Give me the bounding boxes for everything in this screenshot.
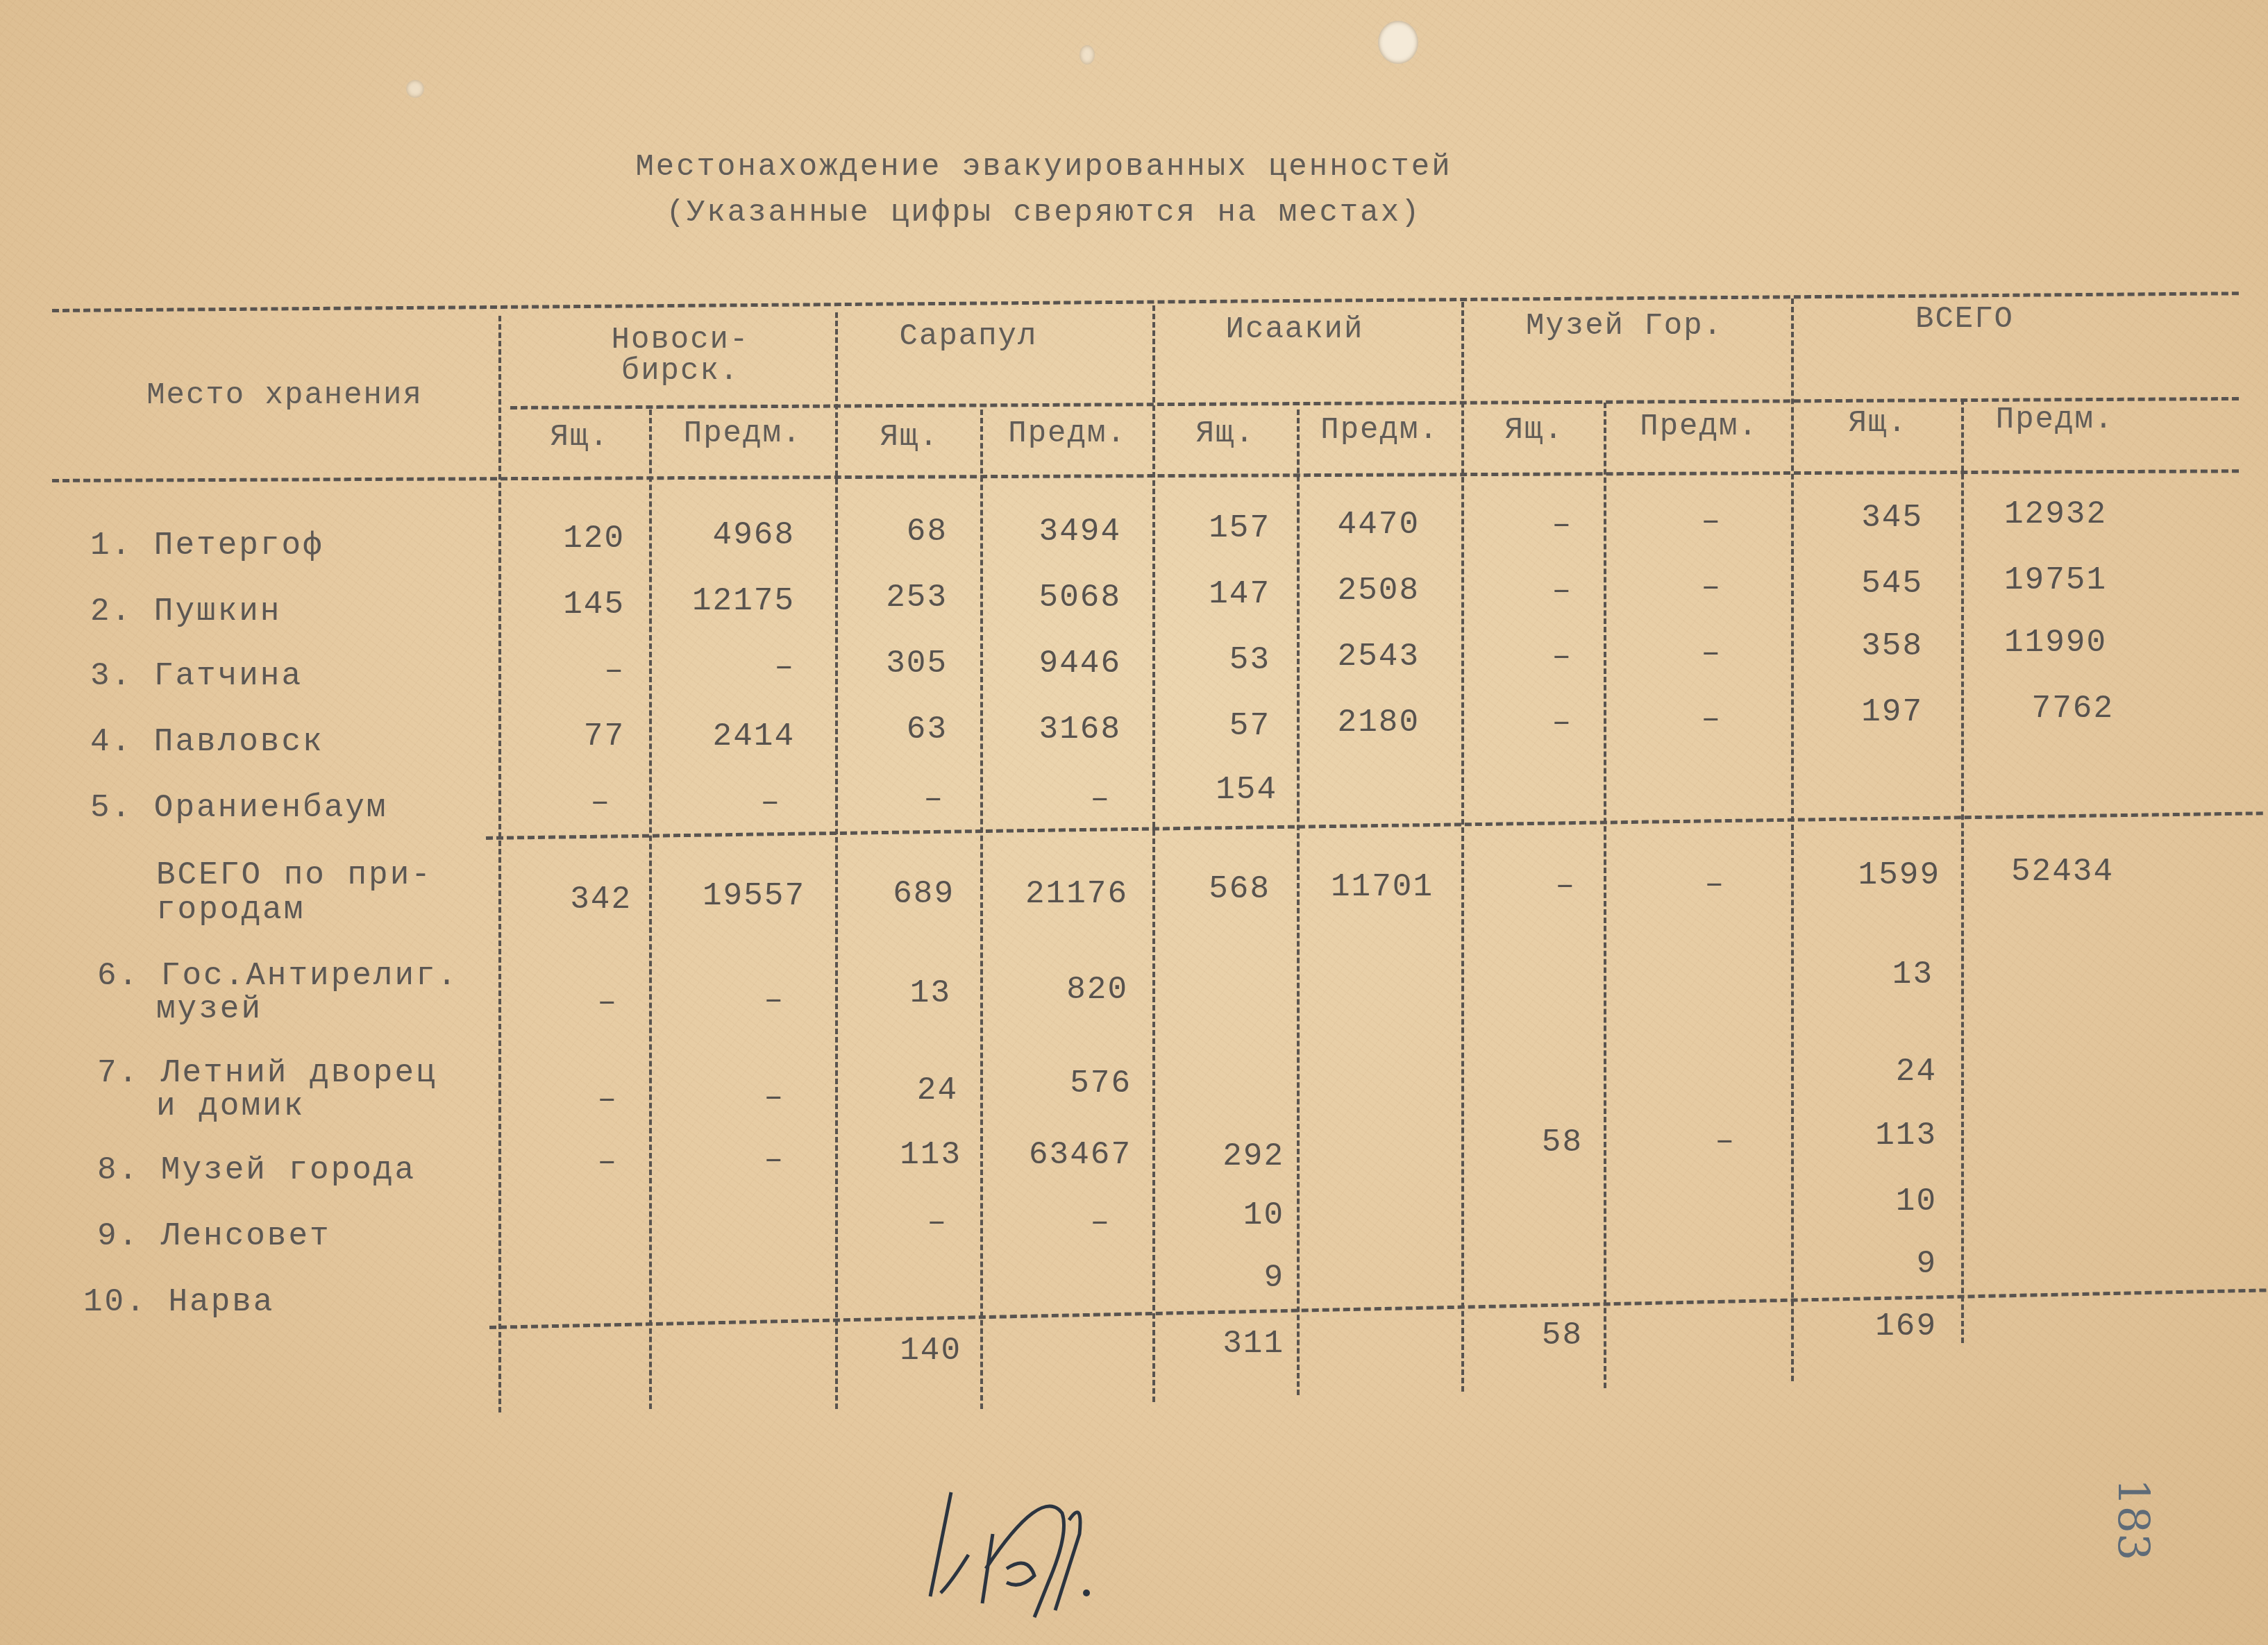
cell-value: – bbox=[507, 1081, 618, 1117]
row-label-pavlovsk: 4. Павловск bbox=[90, 724, 324, 760]
row-header-storage-place: Место хранения bbox=[104, 378, 465, 413]
cell-value: 576 bbox=[986, 1065, 1132, 1102]
row-label-antireligious-line1: 6. Гос.Антирелиг. bbox=[97, 958, 458, 994]
cell-value: 57 bbox=[1159, 708, 1270, 744]
subtotal-value: – bbox=[1468, 868, 1576, 904]
cell-value: 545 bbox=[1798, 566, 1923, 602]
cell-value: 2543 bbox=[1302, 639, 1420, 675]
subheader-items: Предм. bbox=[982, 416, 1152, 451]
document-title: Местонахождение эвакуированных ценностей bbox=[0, 150, 2178, 185]
cell-value: 24 bbox=[1798, 1054, 1937, 1090]
group-header-novosibirsk-line1: Новоси- bbox=[576, 323, 784, 357]
cell-value: 4470 bbox=[1302, 507, 1420, 543]
cell-value: 77 bbox=[507, 718, 625, 754]
cell-value: 13 bbox=[840, 975, 951, 1011]
row-label-narva: 10. Нарва bbox=[83, 1284, 274, 1320]
cell-value: 19751 bbox=[1968, 562, 2107, 598]
cell-value: 305 bbox=[840, 646, 948, 682]
cell-value: – bbox=[656, 982, 784, 1018]
footer-total: 58 bbox=[1468, 1317, 1583, 1353]
cell-value: – bbox=[656, 1079, 784, 1115]
cell-value: 345 bbox=[1798, 500, 1923, 536]
row-label-gatchina: 3. Гатчина bbox=[90, 658, 303, 694]
subheader-items: Предм. bbox=[653, 416, 833, 451]
cell-value: – bbox=[1468, 639, 1572, 675]
subheader-items: Предм. bbox=[1298, 413, 1461, 448]
cell-value: 292 bbox=[1159, 1138, 1284, 1174]
cell-value: 9 bbox=[1159, 1260, 1284, 1296]
cell-value: – bbox=[507, 652, 625, 689]
row-label-city-museum: 8. Музей города bbox=[97, 1152, 416, 1188]
cell-value: – bbox=[1611, 701, 1722, 737]
subtotal-value: 11701 bbox=[1302, 869, 1434, 905]
subheader-boxes: Ящ. bbox=[1465, 413, 1604, 448]
cell-value: – bbox=[986, 1204, 1111, 1240]
cell-value: 12175 bbox=[656, 583, 795, 619]
row-label-subtotal-line1: ВСЕГО по при- bbox=[156, 857, 432, 893]
cell-value: 113 bbox=[1798, 1117, 1937, 1154]
subheader-boxes: Ящ. bbox=[840, 420, 979, 455]
document-subtitle: (Указанные цифры сверяются на местах) bbox=[0, 196, 2178, 230]
cell-value: 10 bbox=[1798, 1183, 1937, 1220]
cell-value: 63467 bbox=[986, 1137, 1132, 1173]
cell-value: 9446 bbox=[986, 646, 1121, 682]
cell-value: – bbox=[507, 784, 611, 820]
row-label-antireligious-line2: музей bbox=[156, 991, 262, 1027]
footer-total: 311 bbox=[1159, 1326, 1284, 1362]
cell-value: – bbox=[656, 784, 781, 820]
col-divider bbox=[835, 312, 838, 1409]
group-header-novosibirsk-line2: бирск. bbox=[576, 354, 784, 389]
cell-value: 154 bbox=[1159, 772, 1277, 808]
row-label-oranienbaum: 5. Ораниенбаум bbox=[90, 790, 387, 826]
cell-value: 11990 bbox=[1968, 625, 2107, 661]
cell-value: 2508 bbox=[1302, 573, 1420, 609]
footer-total: 169 bbox=[1798, 1308, 1937, 1344]
cell-value: – bbox=[656, 649, 795, 685]
cell-value: 53 bbox=[1159, 642, 1270, 678]
footer-total: 140 bbox=[840, 1333, 961, 1369]
group-header-isaakiy: Исаакий bbox=[1180, 312, 1409, 347]
cell-value: 10 bbox=[1159, 1197, 1284, 1233]
punch-hole bbox=[1378, 21, 1418, 64]
cell-value: 63 bbox=[840, 711, 948, 748]
cell-value: 7762 bbox=[1968, 691, 2114, 727]
subheader-boxes: Ящ. bbox=[1795, 406, 1961, 441]
col-divider bbox=[1297, 410, 1300, 1395]
subtotal-value: 21176 bbox=[986, 876, 1128, 912]
col-divider bbox=[498, 316, 501, 1412]
row-label-pushkin: 2. Пушкин bbox=[90, 593, 281, 630]
subheader-items: Предм. bbox=[1607, 410, 1791, 444]
col-divider bbox=[1791, 298, 1794, 1381]
subheader-boxes: Ящ. bbox=[1156, 416, 1295, 451]
col-divider bbox=[649, 410, 652, 1409]
cell-value: 13 bbox=[1798, 956, 1933, 993]
group-header-total: ВСЕГО bbox=[1833, 302, 2097, 337]
cell-value: 12932 bbox=[1968, 496, 2107, 532]
cell-value: 24 bbox=[840, 1072, 958, 1108]
subtotal-value: 568 bbox=[1159, 871, 1270, 907]
row-label-summer-palace-line2: и домик bbox=[156, 1088, 305, 1124]
cell-value: 253 bbox=[840, 580, 948, 616]
row-label-peterhof: 1. Петергоф bbox=[90, 528, 324, 564]
cell-value: 4968 bbox=[656, 517, 795, 553]
row-label-lensovet: 9. Ленсовет bbox=[97, 1218, 331, 1254]
cell-value: – bbox=[1611, 635, 1722, 671]
cell-value: – bbox=[656, 1142, 784, 1178]
subtotal-value: 342 bbox=[507, 881, 632, 918]
cell-value: 113 bbox=[840, 1137, 961, 1173]
cell-value: – bbox=[507, 1144, 618, 1180]
subtotal-value: 689 bbox=[840, 876, 955, 912]
cell-value: – bbox=[1468, 705, 1572, 741]
cell-value: 2180 bbox=[1302, 705, 1420, 741]
cell-value: 820 bbox=[986, 972, 1128, 1008]
subtotal-value: 1599 bbox=[1798, 857, 1940, 893]
row-label-subtotal-line2: городам bbox=[156, 892, 305, 928]
col-divider bbox=[1961, 399, 1964, 1343]
cell-value: – bbox=[1611, 569, 1722, 605]
subtotal-value: – bbox=[1611, 866, 1725, 902]
cell-value: – bbox=[840, 781, 944, 817]
subtotal-value: 19557 bbox=[656, 878, 805, 914]
cell-value: – bbox=[1468, 507, 1572, 543]
col-divider bbox=[980, 410, 983, 1409]
group-header-museum-city: Музей Гор. bbox=[1493, 309, 1756, 344]
cell-value: – bbox=[986, 781, 1111, 817]
punch-hole bbox=[1080, 45, 1095, 65]
cell-value: 3168 bbox=[986, 711, 1121, 748]
cell-value: 120 bbox=[507, 521, 625, 557]
subtotal-value: 52434 bbox=[1968, 854, 2114, 890]
archive-page-number: 183 bbox=[2108, 1478, 2159, 1560]
cell-value: 9 bbox=[1798, 1246, 1937, 1282]
row-label-summer-palace-line1: 7. Летний дворец bbox=[97, 1055, 437, 1091]
cell-value: – bbox=[1611, 1123, 1736, 1159]
cell-value: 3494 bbox=[986, 514, 1121, 550]
cell-value: 145 bbox=[507, 587, 625, 623]
col-divider bbox=[1152, 305, 1155, 1402]
cell-value: 197 bbox=[1798, 694, 1923, 730]
cell-value: 58 bbox=[1468, 1124, 1583, 1161]
cell-value: – bbox=[1468, 573, 1572, 609]
cell-value: 68 bbox=[840, 514, 948, 550]
cell-value: 5068 bbox=[986, 580, 1121, 616]
handwritten-signature bbox=[902, 1471, 1229, 1624]
cell-value: 2414 bbox=[656, 718, 795, 754]
cell-value: – bbox=[1611, 503, 1722, 539]
subheader-boxes: Ящ. bbox=[510, 420, 649, 455]
cell-value: 157 bbox=[1159, 510, 1270, 546]
col-divider bbox=[1461, 302, 1464, 1392]
cell-value: – bbox=[840, 1204, 948, 1240]
cell-value: 358 bbox=[1798, 628, 1923, 664]
cell-value: 147 bbox=[1159, 576, 1270, 612]
group-header-sarapul: Сарапул bbox=[854, 319, 1083, 354]
header-bottom-rule bbox=[52, 469, 2239, 482]
punch-hole bbox=[406, 80, 424, 98]
subheader-items: Предм. bbox=[1965, 403, 2145, 437]
col-divider bbox=[1604, 403, 1606, 1388]
total-rule bbox=[489, 1288, 2267, 1329]
cell-value: – bbox=[507, 984, 618, 1020]
